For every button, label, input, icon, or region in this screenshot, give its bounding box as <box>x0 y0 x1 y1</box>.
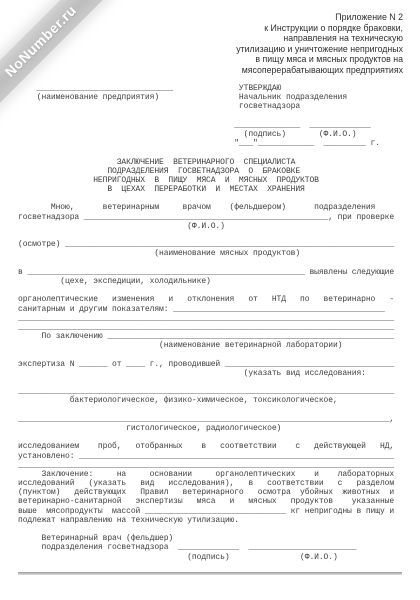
document-line: ________________________________________… <box>18 415 408 424</box>
document-line <box>18 194 408 203</box>
document-line: ________________________________________… <box>18 323 408 332</box>
document-line <box>18 433 408 442</box>
document-line: (указать вид исследования: <box>18 369 408 378</box>
document-line <box>18 148 408 157</box>
document-line <box>18 112 408 121</box>
document-line <box>18 259 408 268</box>
document-line: подразделения госветнадзора ____________… <box>18 543 408 552</box>
document-line: исследований (указать вид исследования),… <box>18 479 408 488</box>
document-line: (пунктом) действующих Правил ветеринарно… <box>18 488 408 497</box>
document-line: Ветеринарный врач (фельдшер) <box>18 534 408 543</box>
document-line: (наименование предприятия) Начальник под… <box>18 93 408 102</box>
document-line: гистологическое, радиологическое) <box>18 424 408 433</box>
document-line: санитарным и другим показателям: _______… <box>18 305 408 314</box>
header-note-line: утилизацию и уничтожение непригодных <box>236 44 403 55</box>
document-line: (наименование мясных продуктов) <box>18 249 408 258</box>
document-line: подлежат направлению на техническую утил… <box>18 516 408 525</box>
document-line: ________________________________________… <box>18 314 408 323</box>
document-line: бактериологическое, физико-химическое, т… <box>18 396 408 405</box>
bottom-divider <box>18 572 402 575</box>
appendix-header-note: Приложение N 2к Инструкции о порядке бра… <box>236 12 403 75</box>
document-line <box>18 406 408 415</box>
document-line: экспертиза N ______ от ____ г., проводив… <box>18 360 408 369</box>
document-line: (Ф.И.О.) <box>18 222 408 231</box>
document-line: выше мясопродукты массой _______________… <box>18 507 408 516</box>
document-line: госветнадзора <box>18 102 408 111</box>
document-line: (цехе, экспедиции, холодильнике) <box>18 277 408 286</box>
document-line: (осмотре) ______________________________… <box>18 240 408 249</box>
document-line <box>18 286 408 295</box>
document-line: Мною, ветеринарным врачом (фельдшером) п… <box>18 203 408 212</box>
document-line: (подпись) (Ф.И.О.) <box>18 553 408 562</box>
document-line: госветнадзора __________________________… <box>18 213 408 222</box>
document-line: в ______________________________________… <box>18 268 408 277</box>
document-line: _____________________________ УТВЕРЖДАЮ <box>18 84 408 93</box>
document-line <box>18 525 408 534</box>
header-note-line: к Инструкции о порядке браковки, <box>236 23 403 34</box>
document-line <box>18 231 408 240</box>
document-page: NoNumber.ru Приложение N 2к Инструкции о… <box>0 0 420 600</box>
document-line: органолептические изменения и отклонения… <box>18 295 408 304</box>
document-line: исследованием проб, отобранных в соответ… <box>18 442 408 451</box>
document-line: ветеринарно-санитарной экспертизы мяса и… <box>18 497 408 506</box>
header-note-line: в пищу мяса и мясных продуктов на <box>236 54 403 65</box>
document-line: По заключению __________________________… <box>18 332 408 341</box>
document-line: В ЦЕХАХ ПЕРЕРАБОТКИ И МЕСТАХ ХРАНЕНИЯ <box>18 185 408 194</box>
document-line: ЗАКЛЮЧЕНИЕ ВЕТЕРИНАРНОГО СПЕЦИАЛИСТА <box>18 158 408 167</box>
document-line: НЕПРИГОДНЫХ В ПИЩУ МЯСА И МЯСНЫХ ПРОДУКТ… <box>18 176 408 185</box>
document-line <box>18 378 408 387</box>
document-line: ________________________________________… <box>18 387 408 396</box>
document-line: ________________________________________… <box>18 461 408 470</box>
document-body: _____________________________ УТВЕРЖДАЮ … <box>18 84 408 562</box>
document-line: ______________ _____________ <box>18 121 408 130</box>
document-line: ПОДРАЗДЕЛЕНИЯ ГОСВЕТНАДЗОРА О БРАКОВКЕ <box>18 167 408 176</box>
document-line <box>18 350 408 359</box>
document-line: (подпись) (Ф.И.О.) <box>18 130 408 139</box>
header-note-line: мясоперерабатывающих предприятиях <box>236 65 403 76</box>
document-line: установлено: ___________________________… <box>18 452 408 461</box>
document-line: Заключение: на основании органолептическ… <box>18 470 408 479</box>
header-note-line: направления на техническую <box>236 33 403 44</box>
document-line: "___"____________ _________ г. <box>18 139 408 148</box>
document-line: (наименование ветеринарной лаборатории) <box>18 341 408 350</box>
header-note-line: Приложение N 2 <box>236 12 403 23</box>
watermark-text: NoNumber.ru <box>2 2 80 80</box>
